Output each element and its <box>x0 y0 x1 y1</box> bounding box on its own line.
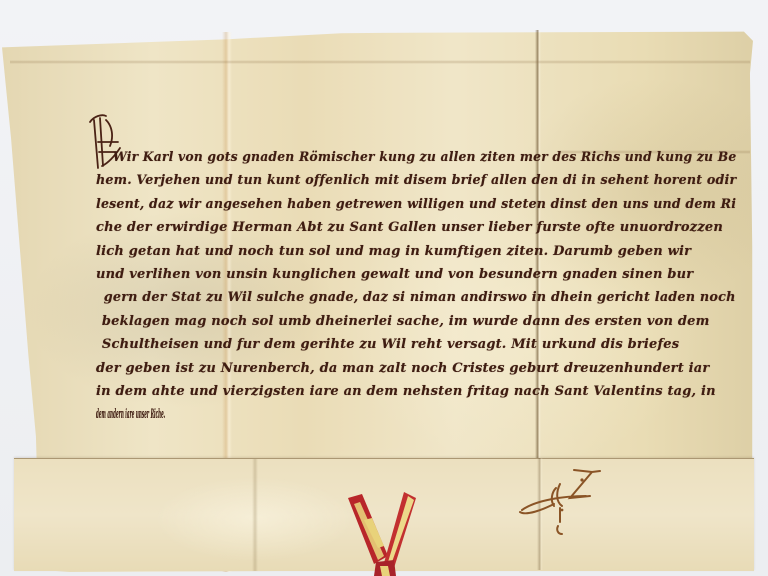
charter-text: Wir Karl von gots gnaden Römischer kung … <box>96 150 746 431</box>
chancery-registration-mark <box>516 462 616 542</box>
fold-crease-top <box>10 60 750 64</box>
text-line-8: beklagen mag noch sol umb dheinerlei sac… <box>96 314 736 337</box>
silk-seal-cord <box>344 490 424 576</box>
text-line-10: der geben ist zu Nurenberch, da man zalt… <box>96 361 736 384</box>
text-line-6: und verlihen von unsin kunglichen gewalt… <box>96 267 736 290</box>
text-line-1: Wir Karl von gots gnaden Römischer kung … <box>96 150 705 173</box>
text-line-2: hem. Verjehen und tun kunt offenlich mit… <box>96 173 720 196</box>
text-line-11: in dem ahte und vierzigsten iare an dem … <box>96 384 736 407</box>
plica-crease <box>252 459 258 571</box>
text-line-4: che der erwirdige Herman Abt zu Sant Gal… <box>96 220 736 243</box>
text-line-3: lesent, daz wir angesehen haben getrewen… <box>96 197 715 220</box>
text-line-9: Schultheisen und fur dem gerihte zu Wil … <box>96 337 736 360</box>
text-line-7: gern der Stat zu Wil sulche gnade, daz s… <box>96 290 726 313</box>
document-viewer: Wir Karl von gots gnaden Römischer kung … <box>0 0 768 576</box>
text-line-5: lich getan hat und noch tun sol und mag … <box>96 244 736 267</box>
text-line-12: dem andern iare unser Riche. <box>96 407 296 430</box>
